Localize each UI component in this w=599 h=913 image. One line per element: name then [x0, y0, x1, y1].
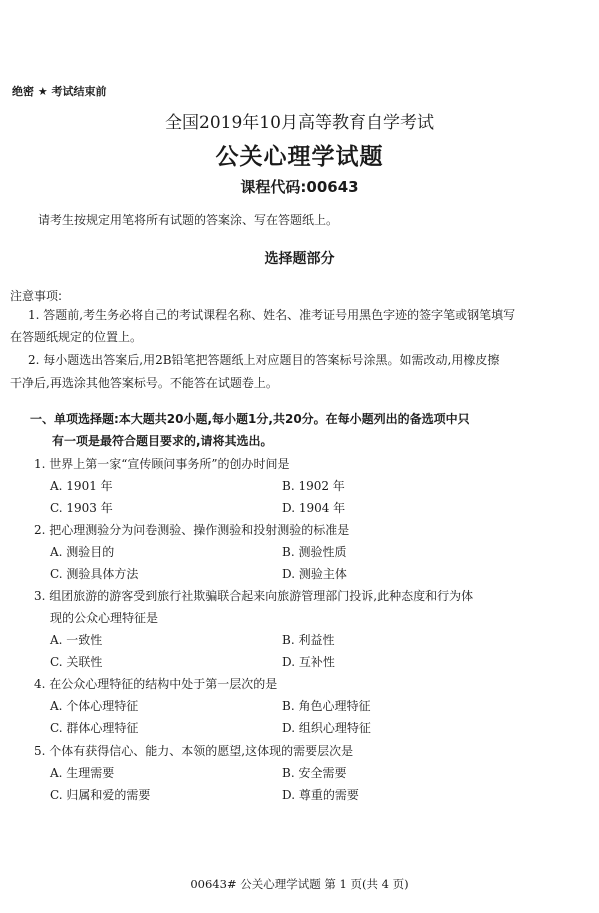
question-1-option-d: D. 1904 年	[282, 499, 345, 516]
question-4-stem: 4. 在公众心理特征的结构中处于第一层次的是	[34, 675, 277, 692]
part1-heading-line-2: 有一项是最符合题目要求的,请将其选出。	[52, 432, 273, 449]
exam-title: 全国2019年10月高等教育自学考试	[0, 108, 599, 133]
question-5-option-b: B. 安全需要	[282, 764, 346, 781]
notes-title: 注意事项:	[10, 287, 62, 304]
question-2-option-b: B. 测验性质	[282, 543, 346, 560]
question-3-stem: 3. 组团旅游的游客受到旅行社欺骗联合起来向旅游管理部门投诉,此种态度和行为体	[34, 587, 473, 604]
note-1-line-2: 在答题纸规定的位置上。	[10, 328, 142, 345]
question-5-stem: 5. 个体有获得信心、能力、本领的愿望,这体现的需要层次是	[34, 742, 353, 759]
course-code: 课程代码:00643	[0, 176, 599, 197]
question-4-option-a: A. 个体心理特征	[50, 697, 138, 714]
page-footer: 00643# 公关心理学试题 第 1 页(共 4 页)	[0, 876, 599, 892]
question-1-option-a: A. 1901 年	[50, 477, 113, 494]
question-3-stem-cont: 现的公众心理特征是	[50, 609, 158, 626]
question-4-option-d: D. 组织心理特征	[282, 719, 371, 736]
question-1-option-b: B. 1902 年	[282, 477, 345, 494]
note-2-line-1: 2. 每小题选出答案后,用2B铅笔把答题纸上对应题目的答案标号涂黑。如需改动,用…	[28, 351, 499, 368]
answer-instruction: 请考生按规定用笔将所有试题的答案涂、写在答题纸上。	[38, 211, 338, 228]
section-title: 选择题部分	[0, 248, 599, 268]
question-5-option-c: C. 归属和爱的需要	[50, 786, 150, 803]
question-3-option-d: D. 互补性	[282, 653, 335, 670]
confidential-label: 绝密 ★ 考试结束前	[12, 83, 107, 99]
question-2-stem: 2. 把心理测验分为问卷测验、操作测验和投射测验的标准是	[34, 521, 349, 538]
subject-title: 公关心理学试题	[0, 138, 599, 171]
question-4-option-b: B. 角色心理特征	[282, 697, 370, 714]
question-3-option-a: A. 一致性	[50, 631, 102, 648]
question-5-option-d: D. 尊重的需要	[282, 786, 359, 803]
question-2-option-a: A. 测验目的	[50, 543, 114, 560]
question-3-option-b: B. 利益性	[282, 631, 334, 648]
part1-heading-line-1: 一、单项选择题:本大题共20小题,每小题1分,共20分。在每小题列出的备选项中只	[30, 410, 470, 427]
question-4-option-c: C. 群体心理特征	[50, 719, 138, 736]
note-2-line-2: 干净后,再选涂其他答案标号。不能答在试题卷上。	[10, 374, 278, 391]
question-2-option-c: C. 测验具体方法	[50, 565, 138, 582]
question-1-option-c: C. 1903 年	[50, 499, 113, 516]
question-5-option-a: A. 生理需要	[50, 764, 114, 781]
question-3-option-c: C. 关联性	[50, 653, 102, 670]
question-2-option-d: D. 测验主体	[282, 565, 347, 582]
note-1-line-1: 1. 答题前,考生务必将自己的考试课程名称、姓名、准考证号用黑色字迹的签字笔或钢…	[28, 306, 515, 323]
question-1-stem: 1. 世界上第一家“宣传顾问事务所”的创办时间是	[34, 455, 290, 472]
